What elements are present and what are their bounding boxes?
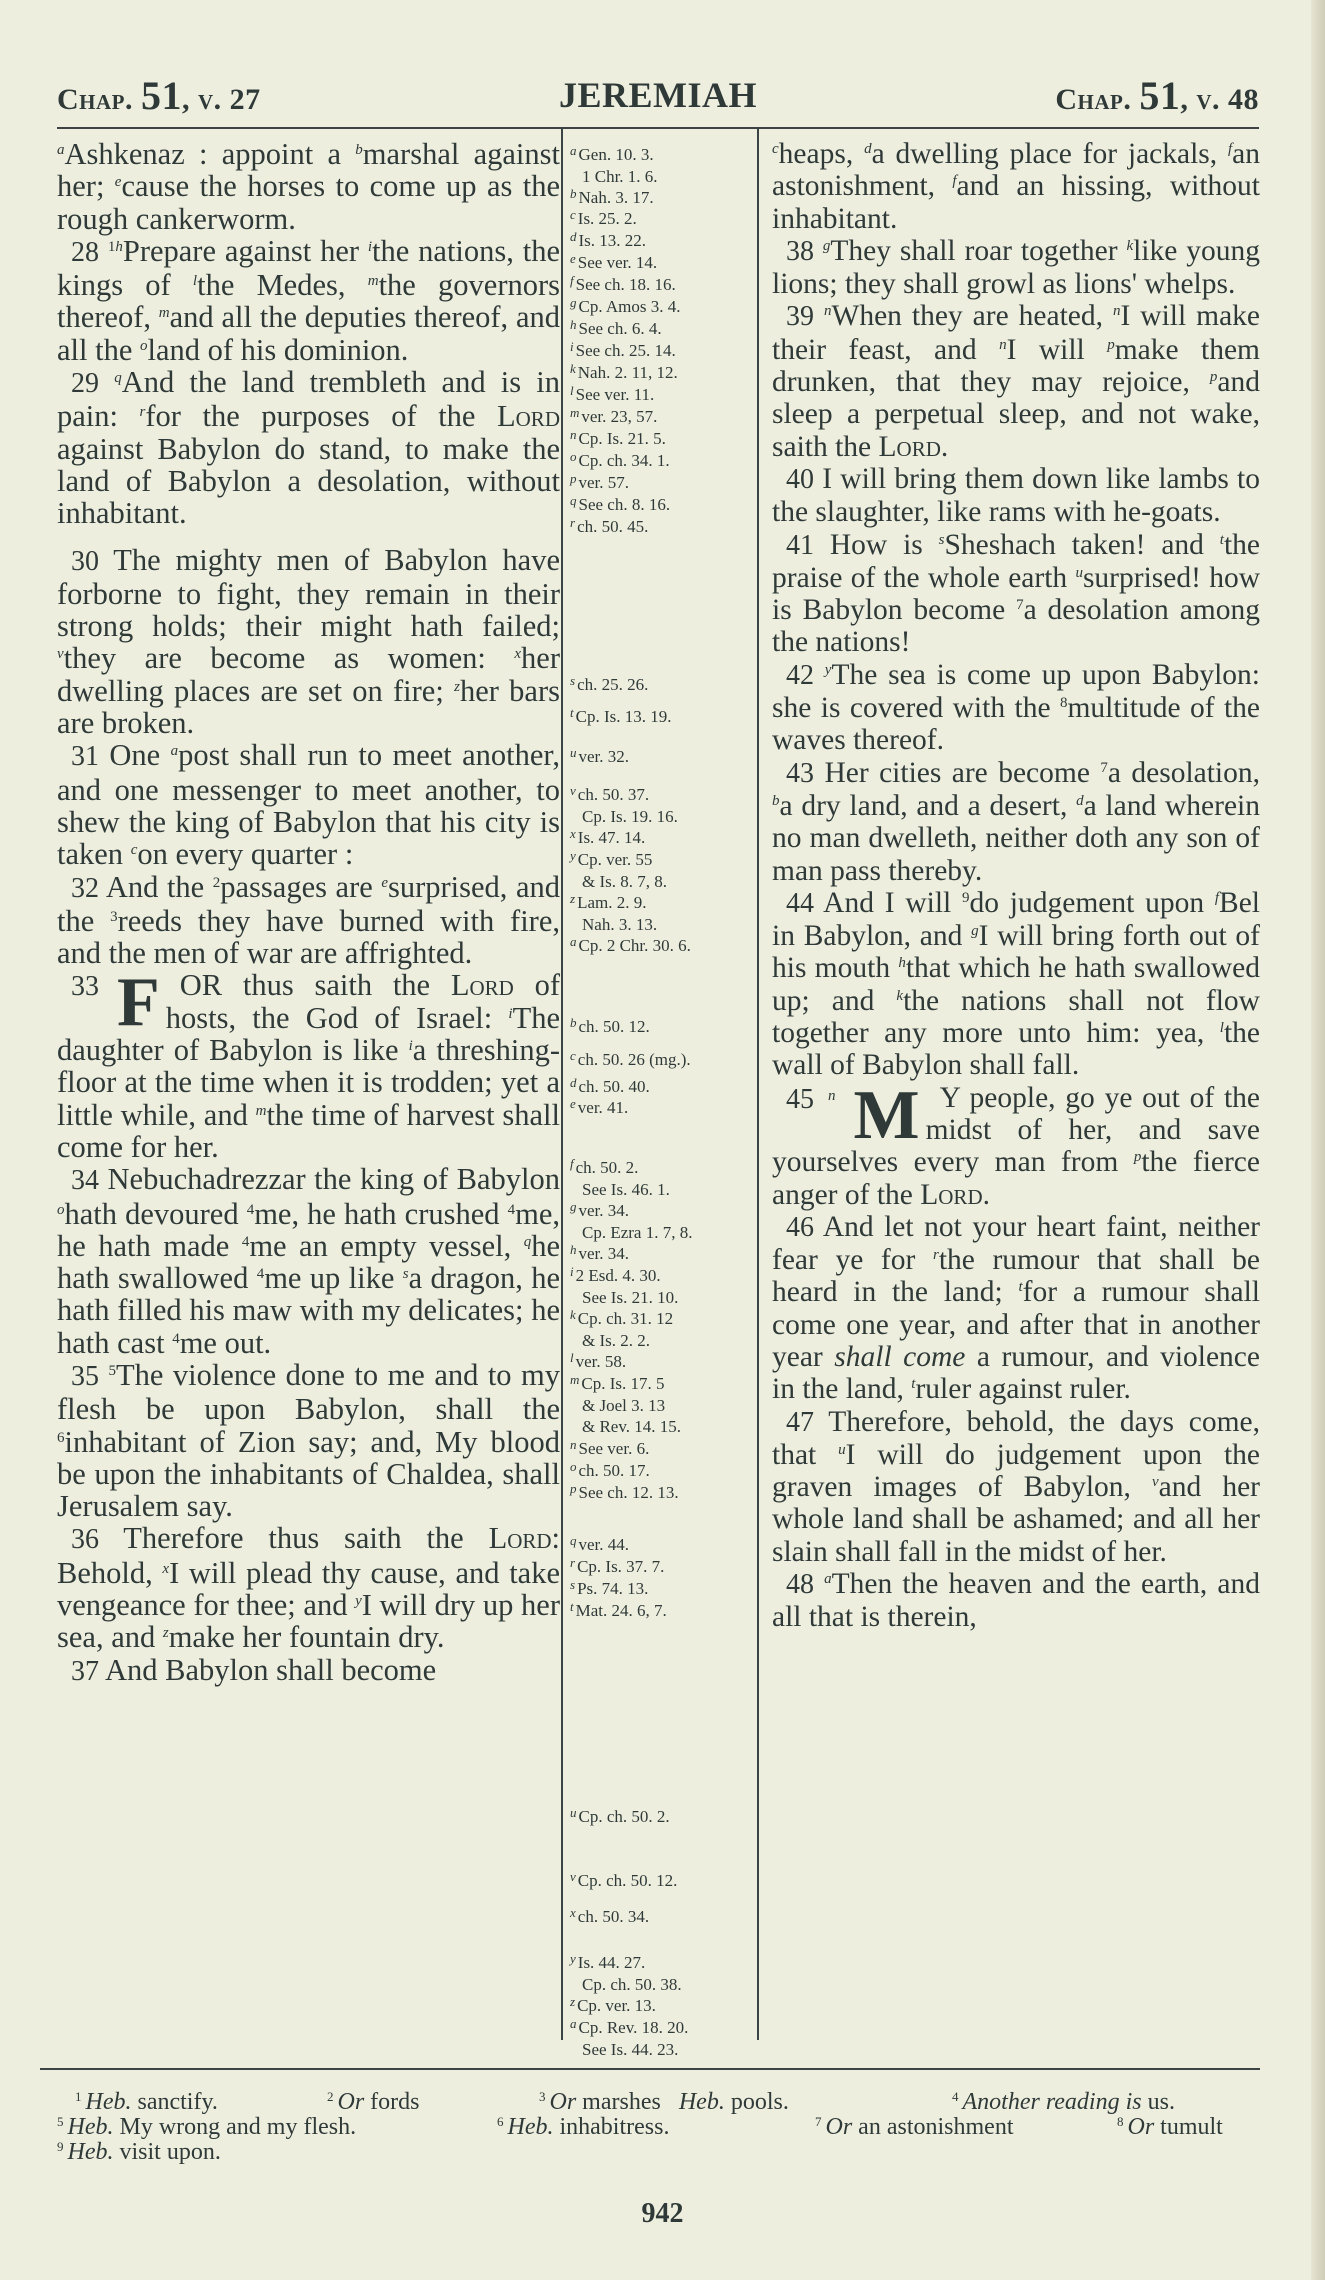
cross-reference: yCp. ver. 55& Is. 8. 7, 8. [570, 845, 667, 892]
divine-name: Lord [879, 431, 941, 463]
verse-number: 28 [71, 237, 99, 268]
header-rule [57, 127, 1259, 129]
verse-43: 43 Her cities are become 7a desolation, … [772, 757, 1260, 887]
ref-citation: ch. 50. 34. [578, 1907, 649, 1926]
cross-reference: tMat. 24. 6, 7. [570, 1596, 667, 1622]
verse-number: 30 [71, 546, 99, 577]
column-rule-left [561, 128, 563, 2040]
cross-reference: ever. 41. [570, 1093, 628, 1119]
chap-number: 51 [1139, 73, 1180, 118]
ref-citation: ver. 41. [578, 1098, 629, 1117]
cross-reference: zLam. 2. 9.Nah. 3. 13. [570, 888, 657, 935]
cross-reference: rch. 50. 45. [570, 512, 648, 538]
verse-41: 41 How is sSheshach taken! and tthe prai… [772, 529, 1260, 659]
ref-letter: h [570, 317, 577, 332]
verse-number: 38 [786, 236, 814, 267]
footnote-3: 3Or marshes Heb. pools. [539, 2090, 789, 2115]
ref-letter: c [570, 207, 576, 222]
ref-letter: z [570, 891, 575, 906]
ref-letter: n [570, 427, 577, 442]
cross-reference: vch. 50. 37.Cp. Is. 19. 16. [570, 780, 678, 827]
footnote-row-2: 5Heb. My wrong and my flesh. 6Heb. inhab… [57, 2115, 1262, 2140]
divine-name: Lord [451, 968, 514, 1002]
ref-citation: Cp. 2 Chr. 30. 6. [579, 936, 691, 955]
drop-cap: M [840, 1088, 920, 1144]
cross-reference: uCp. ch. 50. 2. [570, 1802, 670, 1828]
verse-number: 32 [71, 873, 99, 904]
ref-letter: x [570, 1905, 576, 1920]
cross-reference: uver. 32. [570, 742, 629, 768]
verse-45: 45nMY people, go ye out of the midst of … [772, 1082, 1260, 1211]
ref-letter: k [570, 1307, 576, 1322]
page-edge [1311, 0, 1325, 2280]
ref-letter: v [570, 1869, 576, 1884]
verse-37: 37 And Babylon shall become [57, 1654, 560, 1688]
cross-reference: yIs. 44. 27.Cp. ch. 50. 38. [570, 1948, 682, 1995]
verse-number: 31 [71, 741, 99, 772]
footnote-9: 9Heb. visit upon. [57, 2140, 221, 2165]
ref-citation: ch. 50. 2. [576, 1158, 639, 1177]
cross-reference: pSee ch. 12. 13. [570, 1478, 679, 1504]
verse-33: 33FOR thus saith the Lord of hosts, the … [57, 969, 560, 1163]
ref-citation: ch. 50. 37. [578, 785, 649, 804]
verse-number: 45 [772, 1084, 814, 1116]
ref-letter: p [570, 471, 577, 486]
verse-number: 47 [786, 1407, 814, 1438]
ref-letter: e [570, 1096, 576, 1111]
verse-27-continued: aAshkenaz : appoint a bmarshal against h… [57, 138, 560, 235]
ref-citation: Cp. Rev. 18. 20. [579, 2018, 689, 2037]
ref-citation: Is. 44. 27. [578, 1953, 646, 1972]
ref-letter: f [570, 1156, 574, 1171]
footnote-row-3: 9Heb. visit upon. [57, 2140, 1262, 2165]
footnote-1: 1Heb. sanctify. [75, 2090, 218, 2115]
footnote-rule [40, 2068, 1260, 2070]
ref-letter: d [570, 229, 577, 244]
ref-letter: b [570, 186, 577, 201]
ref-letter: o [570, 449, 577, 464]
verse-number: 48 [786, 1569, 814, 1600]
running-head-right: Chap. 51, v. 48 [1055, 72, 1259, 119]
verse-number: 46 [786, 1212, 814, 1243]
verse-47: 47 Therefore, behold, the days come, tha… [772, 1406, 1260, 1568]
left-text-column: aAshkenaz : appoint a bmarshal against h… [57, 138, 560, 1688]
ref-citation: ver. 32. [579, 747, 630, 766]
ref-letter: q [570, 1533, 577, 1548]
ref-letter: x [570, 826, 576, 841]
ref-citation: Lam. 2. 9. [577, 893, 646, 912]
verse-number: 34 [71, 1165, 99, 1196]
ref-citation: Cp. ver. 55 [578, 850, 653, 869]
ref-letter: l [570, 383, 574, 398]
footnote-5: 5Heb. My wrong and my flesh. [57, 2115, 356, 2140]
page-number: 942 [0, 2198, 1325, 2230]
footnote-7: 7Or an astonishment [815, 2115, 1013, 2140]
ref-letter: t [570, 1599, 574, 1614]
ref-citation: See ch. 12. 13. [579, 1483, 679, 1502]
cross-reference: bch. 50. 12. [570, 1012, 650, 1038]
ref-letter: h [570, 1242, 577, 1257]
cross-reference: aCp. 2 Chr. 30. 6. [570, 931, 691, 957]
verse-number: 39 [786, 301, 814, 332]
footnote-row-1: 1Heb. sanctify. 2Or fords 3Or marshes He… [57, 2090, 1262, 2115]
ref-letter: s [570, 673, 575, 688]
cross-reference: sch. 25. 26. [570, 670, 648, 696]
verse-39: 39 nWhen they are heated, nI will make t… [772, 300, 1260, 462]
chap-label: Chap. [1055, 83, 1131, 116]
divine-name: Lord [489, 1521, 552, 1555]
ref-citation: Cp. ch. 50. 2. [579, 1807, 670, 1826]
cross-reference: mCp. Is. 17. 5& Joel 3. 13& Rev. 14. 15. [570, 1369, 681, 1438]
verse-28: 28 1hPrepare against her ithe nations, t… [57, 235, 560, 366]
verse-number: 33 [57, 971, 99, 1003]
ref-letter: m [570, 1372, 579, 1387]
ref-citation: Gen. 10. 3. [579, 145, 654, 164]
verse-46: 46 And let not your heart faint, neither… [772, 1211, 1260, 1406]
ref-letter: y [570, 1951, 576, 1966]
ref-letter: z [570, 1994, 575, 2009]
ref-letter: y [570, 848, 576, 863]
ref-letter: b [570, 1015, 577, 1030]
verse-35: 35 5The violence done to me and to my fl… [57, 1359, 560, 1522]
ref-citation: Cp. Is. 17. 5 [581, 1374, 664, 1393]
ref-citation: Mat. 24. 6, 7. [576, 1601, 667, 1620]
ref-citation: Cp. ch. 31. 12 [578, 1309, 673, 1328]
divine-name: Lord [497, 399, 560, 433]
ref-letter: v [570, 783, 576, 798]
cross-reference: i2 Esd. 4. 30.See Is. 21. 10. [570, 1261, 678, 1308]
ref-letter: f [570, 273, 574, 288]
ref-letter: k [570, 361, 576, 376]
ref-letter: m [570, 405, 579, 420]
ref-letter: g [570, 295, 577, 310]
verse-number: 43 [786, 758, 814, 789]
verse-30: 30 The mighty men of Babylon have forbor… [57, 544, 560, 740]
ref-letter: r [570, 515, 575, 530]
ref-letter: u [570, 1805, 577, 1820]
ref-letter: i [570, 339, 574, 354]
verse-37-continued: cheaps, da dwelling place for jackals, f… [772, 138, 1260, 235]
footnote-8: 8Or tumult [1117, 2115, 1223, 2140]
verse-number: 42 [786, 660, 814, 691]
column-rule-right [757, 128, 759, 2040]
ref-letter: n [570, 1437, 577, 1452]
ref-citation: & Joel 3. 13 [582, 1396, 665, 1415]
ref-letter: d [570, 1075, 577, 1090]
cross-reference: aGen. 10. 3.1 Chr. 1. 6. [570, 140, 658, 187]
verse-48: 48 aThen the heaven and the earth, and a… [772, 1568, 1260, 1634]
footnote-2: 2Or fords [327, 2090, 420, 2115]
cross-reference: cch. 50. 26 (mg.). [570, 1045, 691, 1071]
ref-citation: ch. 50. 45. [577, 517, 648, 536]
cross-reference: gver. 34.Cp. Ezra 1. 7, 8. [570, 1196, 692, 1243]
cross-reference: tCp. Is. 13. 19. [570, 702, 672, 728]
footnote-4: 4Another reading is us. [952, 2090, 1175, 2115]
verse-36: 36 Therefore thus saith the Lord: Behold… [57, 1522, 560, 1653]
verse-number: 29 [71, 368, 99, 399]
ref-letter: a [570, 2016, 577, 2031]
ref-letter: l [570, 1350, 574, 1365]
verse-40: 40 I will bring them down like lambs to … [772, 463, 1260, 529]
ref-letter: e [570, 251, 576, 266]
ref-letter: u [570, 745, 577, 760]
verse-34: 34 Nebuchadrezzar the king of Babylon oh… [57, 1163, 560, 1359]
running-head: Chap. 51, v. 27 JEREMIAH Chap. 51, v. 48 [57, 72, 1259, 122]
verse-44: 44 And I will 9do judgement upon fBel in… [772, 887, 1260, 1082]
footnotes: 1Heb. sanctify. 2Or fords 3Or marshes He… [57, 2090, 1262, 2165]
right-text-column: cheaps, da dwelling place for jackals, f… [772, 138, 1260, 1634]
ref-citation: 2 Esd. 4. 30. [576, 1266, 661, 1285]
ref-letter: a [570, 934, 577, 949]
verse-number: 40 [786, 464, 814, 495]
verse-number: 37 [71, 1656, 99, 1687]
ref-letter: i [570, 1264, 574, 1279]
ref-letter: a [570, 143, 577, 158]
verse-31: 31 One apost shall run to meet another, … [57, 739, 560, 870]
ref-citation: ch. 25. 26. [577, 675, 648, 694]
drop-cap: F [103, 975, 160, 1031]
ref-letter: s [570, 1577, 575, 1592]
ref-citation: ver. 34. [579, 1201, 630, 1220]
footnote-6: 6Heb. inhabitress. [497, 2115, 669, 2140]
ref-citation: See Is. 44. 23. [582, 2040, 678, 2059]
verse-38: 38 gThey shall roar together klike young… [772, 235, 1260, 301]
cross-reference: kCp. ch. 31. 12& Is. 2. 2. [570, 1304, 673, 1351]
cross-reference: fch. 50. 2.See Is. 46. 1. [570, 1153, 670, 1200]
ref-letter: p [570, 1481, 577, 1496]
ref-letter: q [570, 493, 577, 508]
verse-number: 35 [71, 1361, 99, 1392]
cross-reference: xch. 50. 34. [570, 1902, 649, 1928]
verse-number: 36 [71, 1524, 99, 1555]
verse-range-end: , v. 48 [1180, 83, 1259, 116]
verse-29: 29 qAnd the land trembleth and is in pai… [57, 366, 560, 529]
cross-reference: aCp. Rev. 18. 20.See Is. 44. 23. [570, 2013, 688, 2060]
ref-citation: Cp. ch. 50. 12. [578, 1871, 678, 1890]
ref-citation: ch. 50. 26 (mg.). [578, 1050, 691, 1069]
divine-name: Lord [920, 1179, 982, 1211]
italic-supplied-words: shall come [834, 1341, 965, 1373]
ref-citation: Cp. Is. 13. 19. [576, 707, 672, 726]
verse-number: 41 [786, 530, 814, 561]
ref-letter: g [570, 1199, 577, 1214]
verse-number: 44 [786, 888, 814, 919]
ref-citation: ch. 50. 12. [579, 1017, 650, 1036]
verse-32: 32 And the 2passages are esurprised, and… [57, 871, 560, 970]
cross-reference: vCp. ch. 50. 12. [570, 1866, 677, 1892]
verse-42: 42 yThe sea is come up upon Babylon: she… [772, 659, 1260, 757]
ref-letter: c [570, 1048, 576, 1063]
ref-letter: r [570, 1555, 575, 1570]
ref-letter: o [570, 1459, 577, 1474]
ref-letter: t [570, 705, 574, 720]
